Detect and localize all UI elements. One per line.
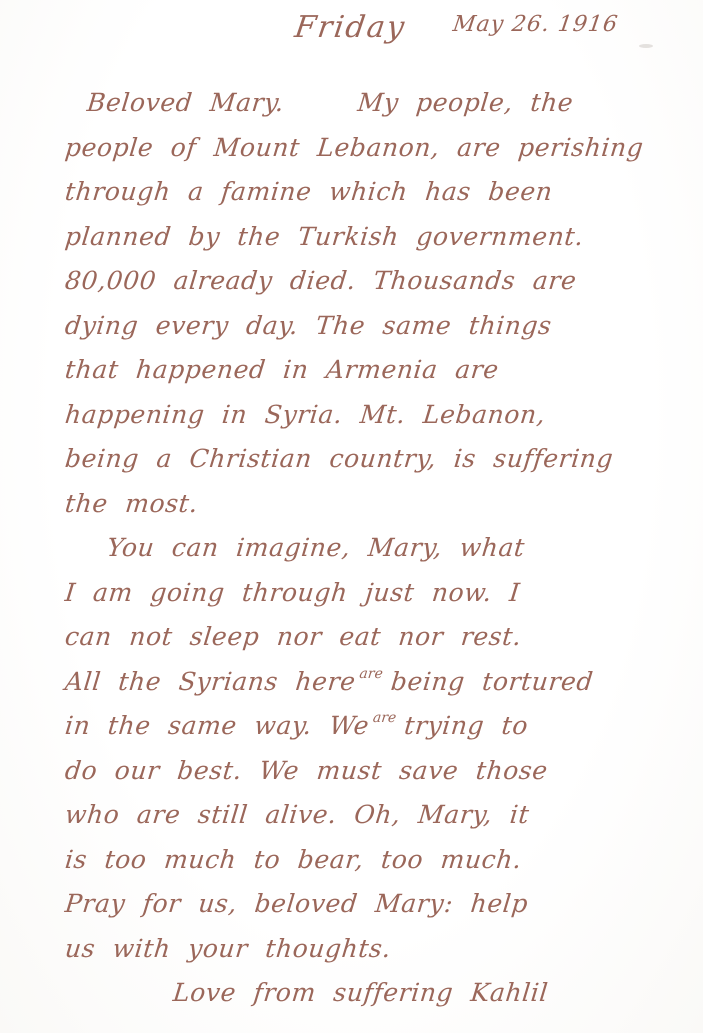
- letter-line: through a famine which has been: [62, 177, 670, 222]
- letter-line: You can imagine, Mary, what: [62, 533, 670, 578]
- scan-speck: [639, 44, 653, 48]
- letter-line: dying every day. The same things: [62, 311, 670, 356]
- weekday-text: Friday: [293, 10, 409, 45]
- letter-line: in the same way. Wearetrying to: [62, 711, 670, 756]
- letter-line-text: My people, the: [356, 88, 575, 117]
- letter-line: being a Christian country, is suffering: [62, 444, 670, 489]
- letter-line: planned by the Turkish government.: [62, 222, 670, 267]
- signature-line: Love from suffering Kahlil: [62, 978, 670, 1023]
- letter-line: the most.: [62, 489, 670, 534]
- letter-line-text: being tortured: [389, 667, 594, 696]
- letter-line: do our best. We must save those: [62, 756, 670, 801]
- letter-line: Pray for us, beloved Mary: help: [62, 889, 670, 934]
- letter-line: who are still alive. Oh, Mary, it: [62, 800, 670, 845]
- letter-line: that happened in Armenia are: [62, 355, 670, 400]
- letter-line: happening in Syria. Mt. Lebanon,: [62, 400, 670, 445]
- letter-line: Beloved Mary. My people, the: [62, 88, 670, 133]
- letter-line: I am going through just now. I: [62, 578, 670, 623]
- letter-body: Beloved Mary. My people, the people of M…: [62, 88, 665, 1023]
- letter-line: All the Syrians herearebeing tortured: [62, 667, 670, 712]
- handwritten-letter-page: Friday May 26. 1916 Beloved Mary. My peo…: [0, 0, 703, 1033]
- letter-line: can not sleep nor eat nor rest.: [62, 622, 670, 667]
- letter-line-text: in the same way. We: [64, 711, 371, 740]
- letter-line: people of Mount Lebanon, are perishing: [62, 133, 670, 178]
- inserted-word: are: [372, 710, 397, 726]
- letter-line-text: trying to: [403, 711, 530, 740]
- date-text: May 26. 1916: [451, 12, 620, 37]
- letter-line: 80,000 already died. Thousands are: [62, 266, 670, 311]
- letter-line-text: All the Syrians here: [64, 667, 358, 696]
- date-line: Friday May 26. 1916: [295, 10, 618, 45]
- salutation-text: Beloved Mary.: [86, 88, 286, 117]
- letter-line: is too much to bear, too much.: [62, 845, 670, 890]
- letter-line: us with your thoughts.: [62, 934, 670, 979]
- inserted-word: are: [359, 666, 384, 682]
